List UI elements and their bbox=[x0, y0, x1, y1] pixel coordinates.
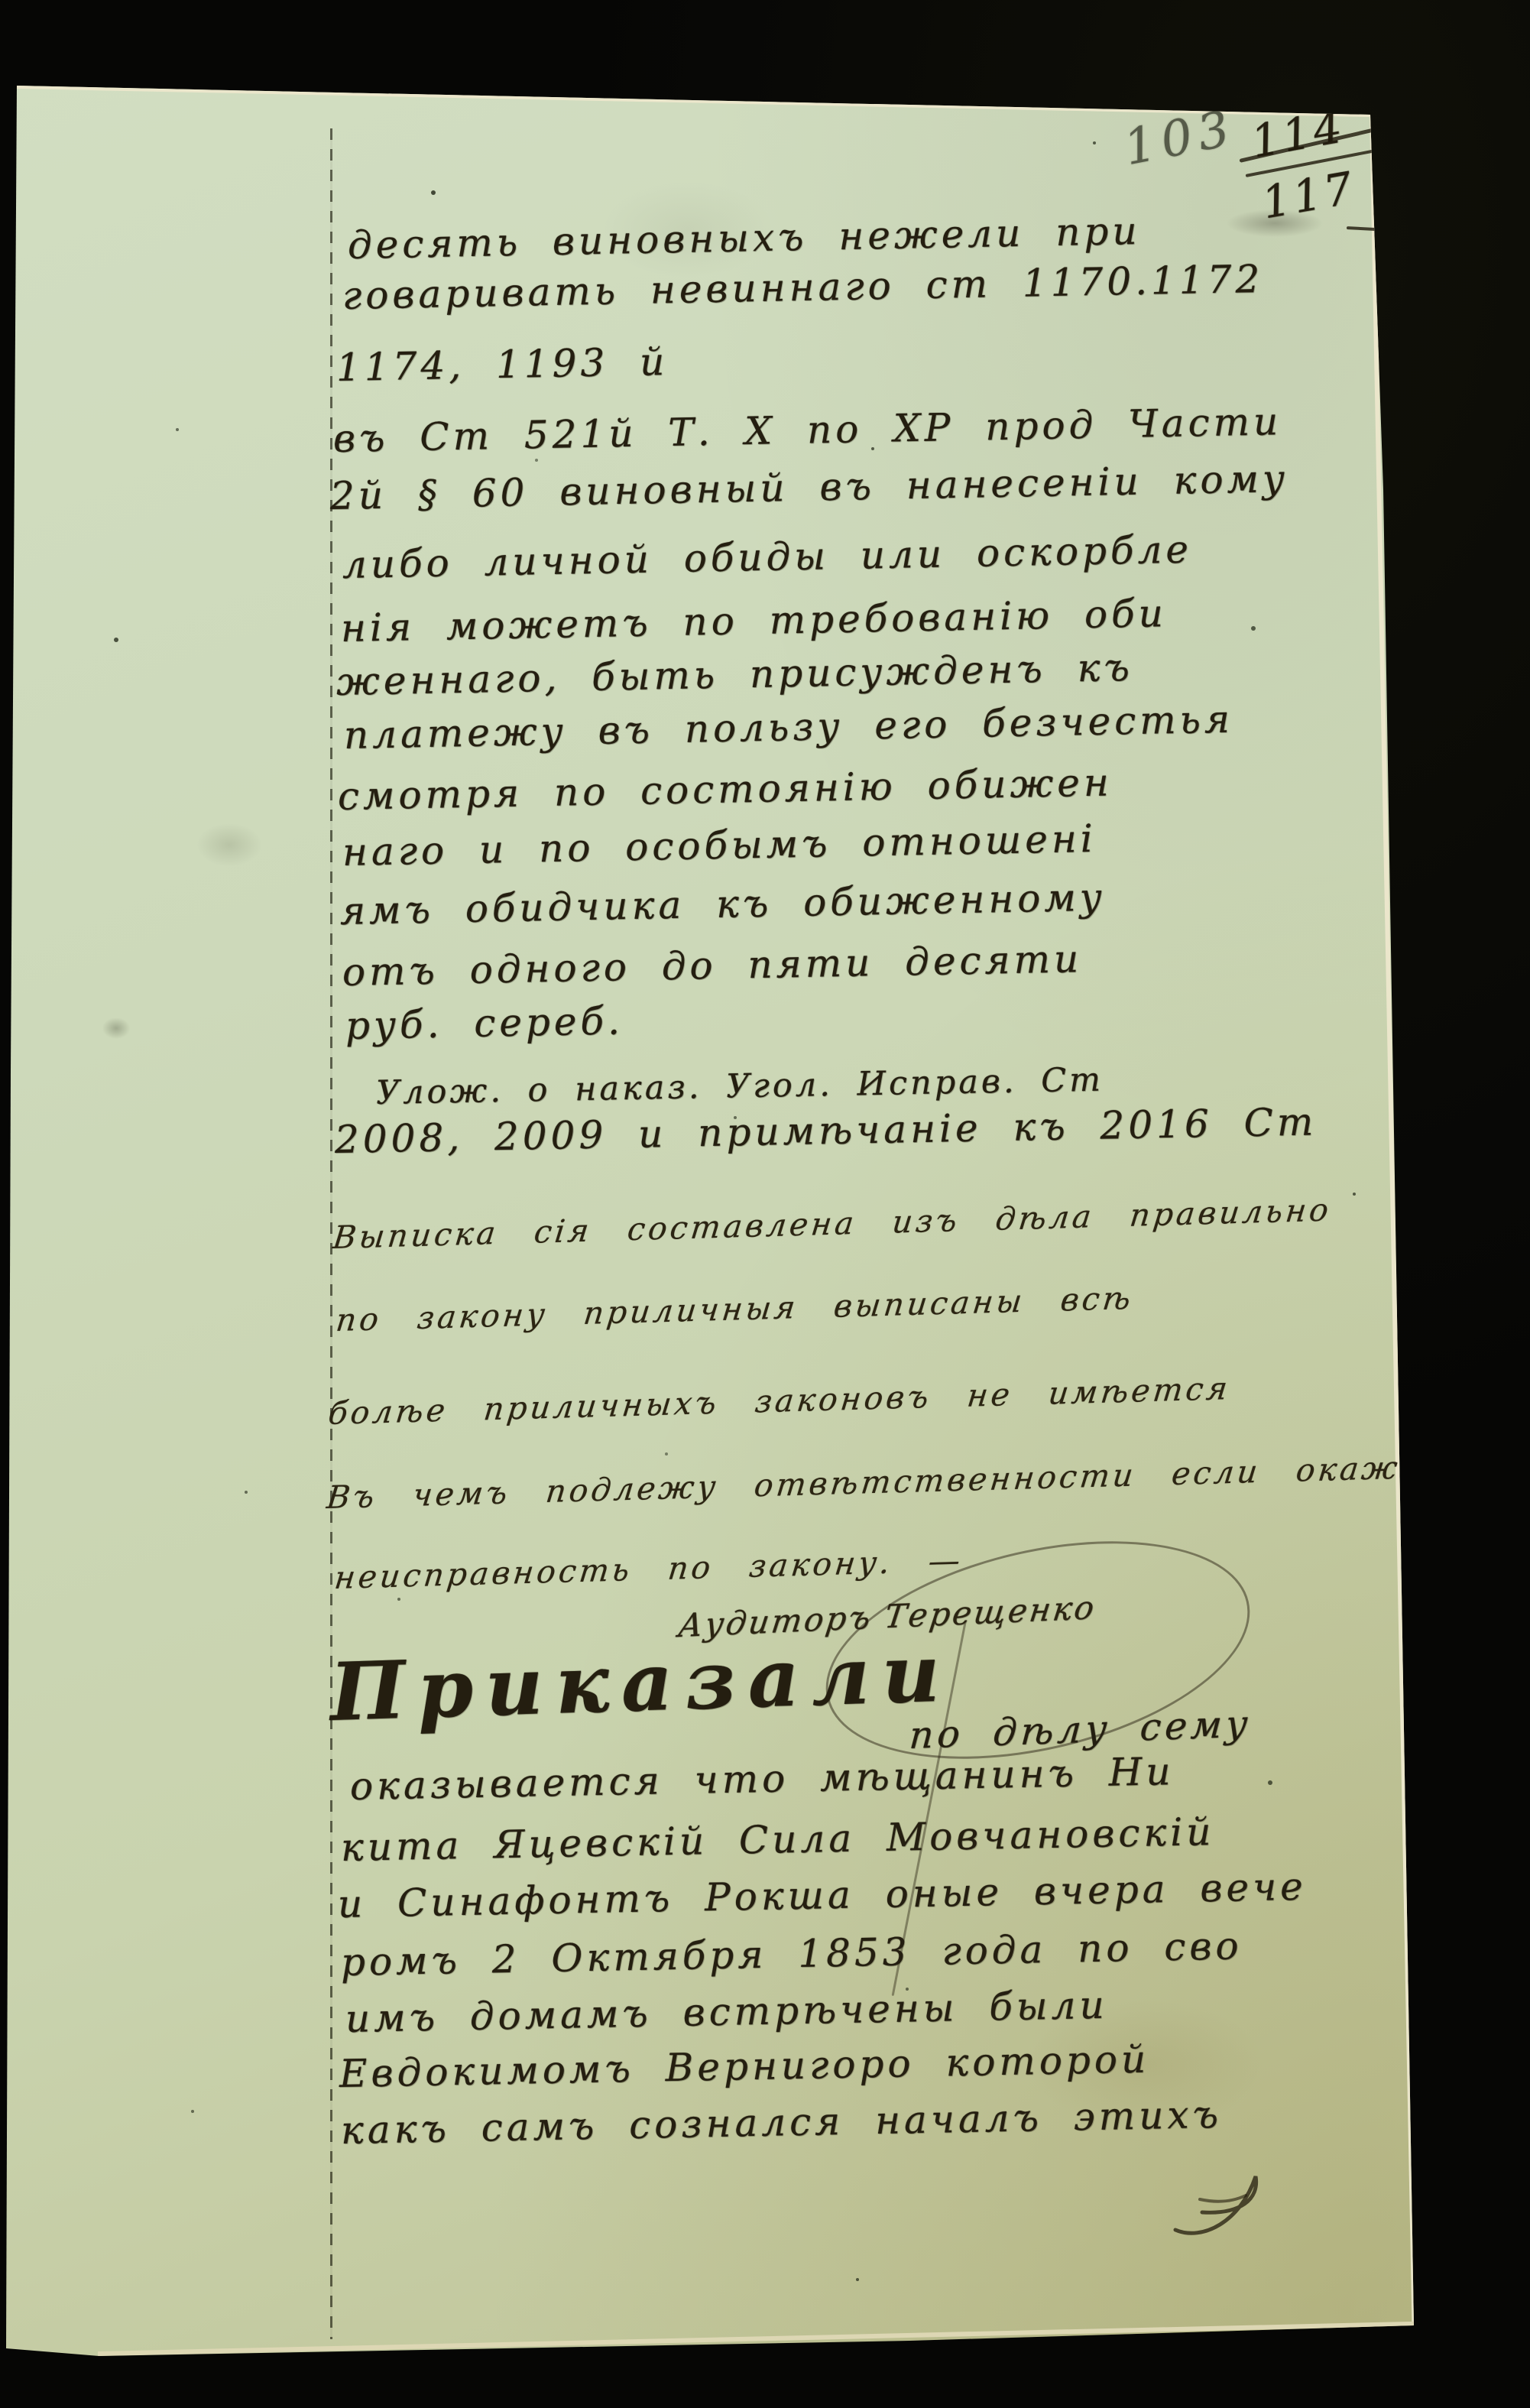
paper-sheet: 103 114 117 десять виновныхъ нежели при … bbox=[0, 0, 1530, 2408]
binding-fold-line bbox=[330, 128, 332, 2339]
scanned-manuscript-page: 103 114 117 десять виновныхъ нежели при … bbox=[0, 0, 1530, 2408]
handwritten-line: 1174, 1193 й bbox=[335, 339, 668, 390]
paper-specks bbox=[0, 0, 3, 3]
resolution-opening-word: Приказали bbox=[329, 1625, 953, 1739]
ink-end-flourish bbox=[1160, 2157, 1298, 2257]
handwritten-line: руб. сереб. bbox=[345, 998, 624, 1048]
